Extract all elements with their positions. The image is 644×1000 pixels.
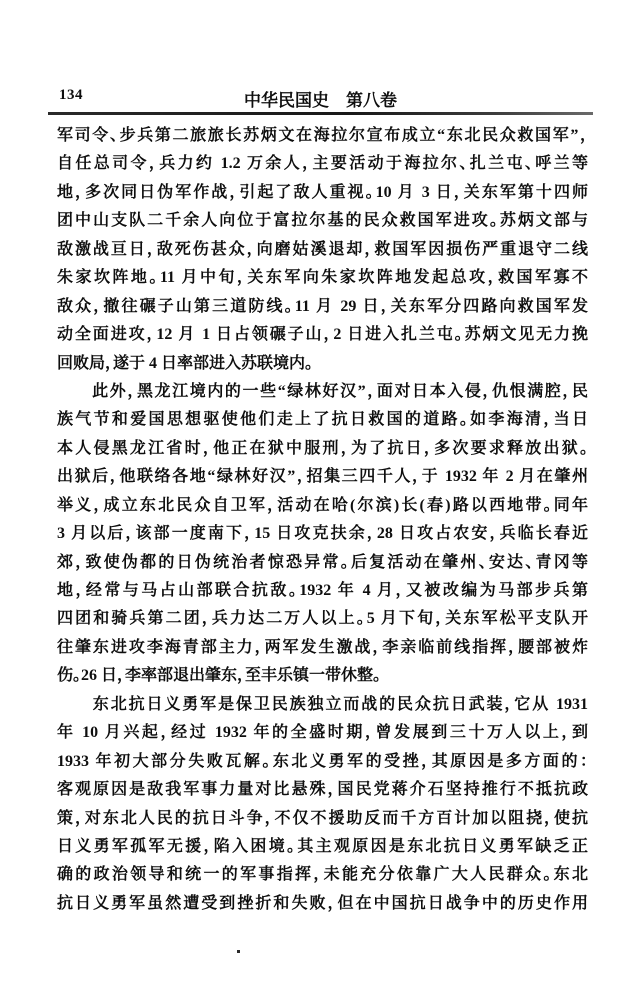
running-head-title: 中华民国史 第八卷 [48,86,593,111]
text-line: 回败局，遂于 4 日率部进入苏联境内。 [57,350,588,378]
text-line: 东北抗日义勇军是保卫民族独立而战的民众抗日武装，它从 1931 [57,691,588,719]
text-line: 年 10 月兴起，经过 1932 年的全盛时期，曾发展到三十万人以上，到 [57,719,588,747]
text-line: 此外，黑龙江境内的一些“绿林好汉”，面对日本入侵，仇恨满腔，民 [57,378,588,406]
text-line: 自任总司令，兵力约 1.2 万余人，主要活动于海拉尔、扎兰屯、呼兰等 [57,150,588,178]
text-line: 团中山支队二千余人向位于富拉尔基的民众救国军进攻。苏炳文部与 [57,207,588,235]
text-line: 军司令、步兵第二旅旅长苏炳文在海拉尔宣布成立“东北民众救国军”， [57,122,588,150]
page-body: 军司令、步兵第二旅旅长苏炳文在海拉尔宣布成立“东北民众救国军”，自任总司令，兵力… [57,122,588,918]
text-line: 1933 年初大部分失败瓦解。东北义勇军的受挫，其原因是多方面的： [57,748,588,776]
text-line: 地，多次同日伪军作战，引起了敌人重视。10 月 3 日，关东军第十四师 [57,179,588,207]
text-line: 举义，成立东北民众自卫军，活动在哈(尔滨)长(春)路以西地带。同年 [57,492,588,520]
text-line: 3 月以后，该部一度南下，15 日攻克扶余，28 日攻占农安，兵临长春近 [57,520,588,548]
text-line: 敌激战亘日，敌死伤甚众，向磨姑溪退却，救国军因损伤严重退守二线 [57,236,588,264]
text-line: 策，对东北人民的抗日斗争，不仅不援助反而千方百计加以阻挠，使抗 [57,805,588,833]
text-line: 抗日义勇军虽然遭受到挫折和失败，但在中国抗日战争中的历史作用 [57,890,588,918]
ink-dot [237,950,240,953]
text-line: 郊，致使伪都的日伪统治者惊恐异常。后复活动在肇州、安达、青冈等 [57,549,588,577]
text-line: 地，经常与马占山部联合抗敌。1932 年 4 月，又被改编为马部步兵第 [57,577,588,605]
text-line: 四团和骑兵第二团，兵力达二万人以上。5 月下旬，关东军松平支队开 [57,605,588,633]
text-line: 往肇东进攻李海青部主力，两军发生激战，李亲临前线指挥，腰部被炸 [57,634,588,662]
text-line: 客观原因是敌我军事力量对比悬殊，国民党蒋介石坚持推行不抵抗政 [57,776,588,804]
text-line: 族气节和爱国思想驱使他们走上了抗日救国的道路。如李海清，当日 [57,406,588,434]
header-rule [48,112,593,115]
text-line: 出狱后，他联络各地“绿林好汉”，招集三四千人，于 1932 年 2 月在肇州 [57,463,588,491]
text-line: 日义勇军孤军无援，陷入困境。其主观原因是东北抗日义勇军缺乏正 [57,833,588,861]
text-line: 敌众，撤往碾子山第三道防线。11 月 29 日，关东军分四路向救国军发 [57,293,588,321]
page-header: 134 中华民国史 第八卷 [48,86,593,108]
book-page: 134 中华民国史 第八卷 军司令、步兵第二旅旅长苏炳文在海拉尔宣布成立“东北民… [0,0,644,1000]
text-line: 确的政治领导和统一的军事指挥，未能充分依靠广大人民群众。东北 [57,861,588,889]
text-line: 动全面进攻，12 月 1 日占领碾子山，2 日进入扎兰屯。苏炳文见无力挽 [57,321,588,349]
text-line: 朱家坎阵地。11 月中旬，关东军向朱家坎阵地发起总攻，救国军寡不 [57,264,588,292]
text-line: 本人侵黑龙江省时，他正在狱中服刑，为了抗日，多次要求释放出狱。 [57,435,588,463]
text-line: 伤。26 日，李率部退出肇东，至丰乐镇一带休整。 [57,662,588,690]
